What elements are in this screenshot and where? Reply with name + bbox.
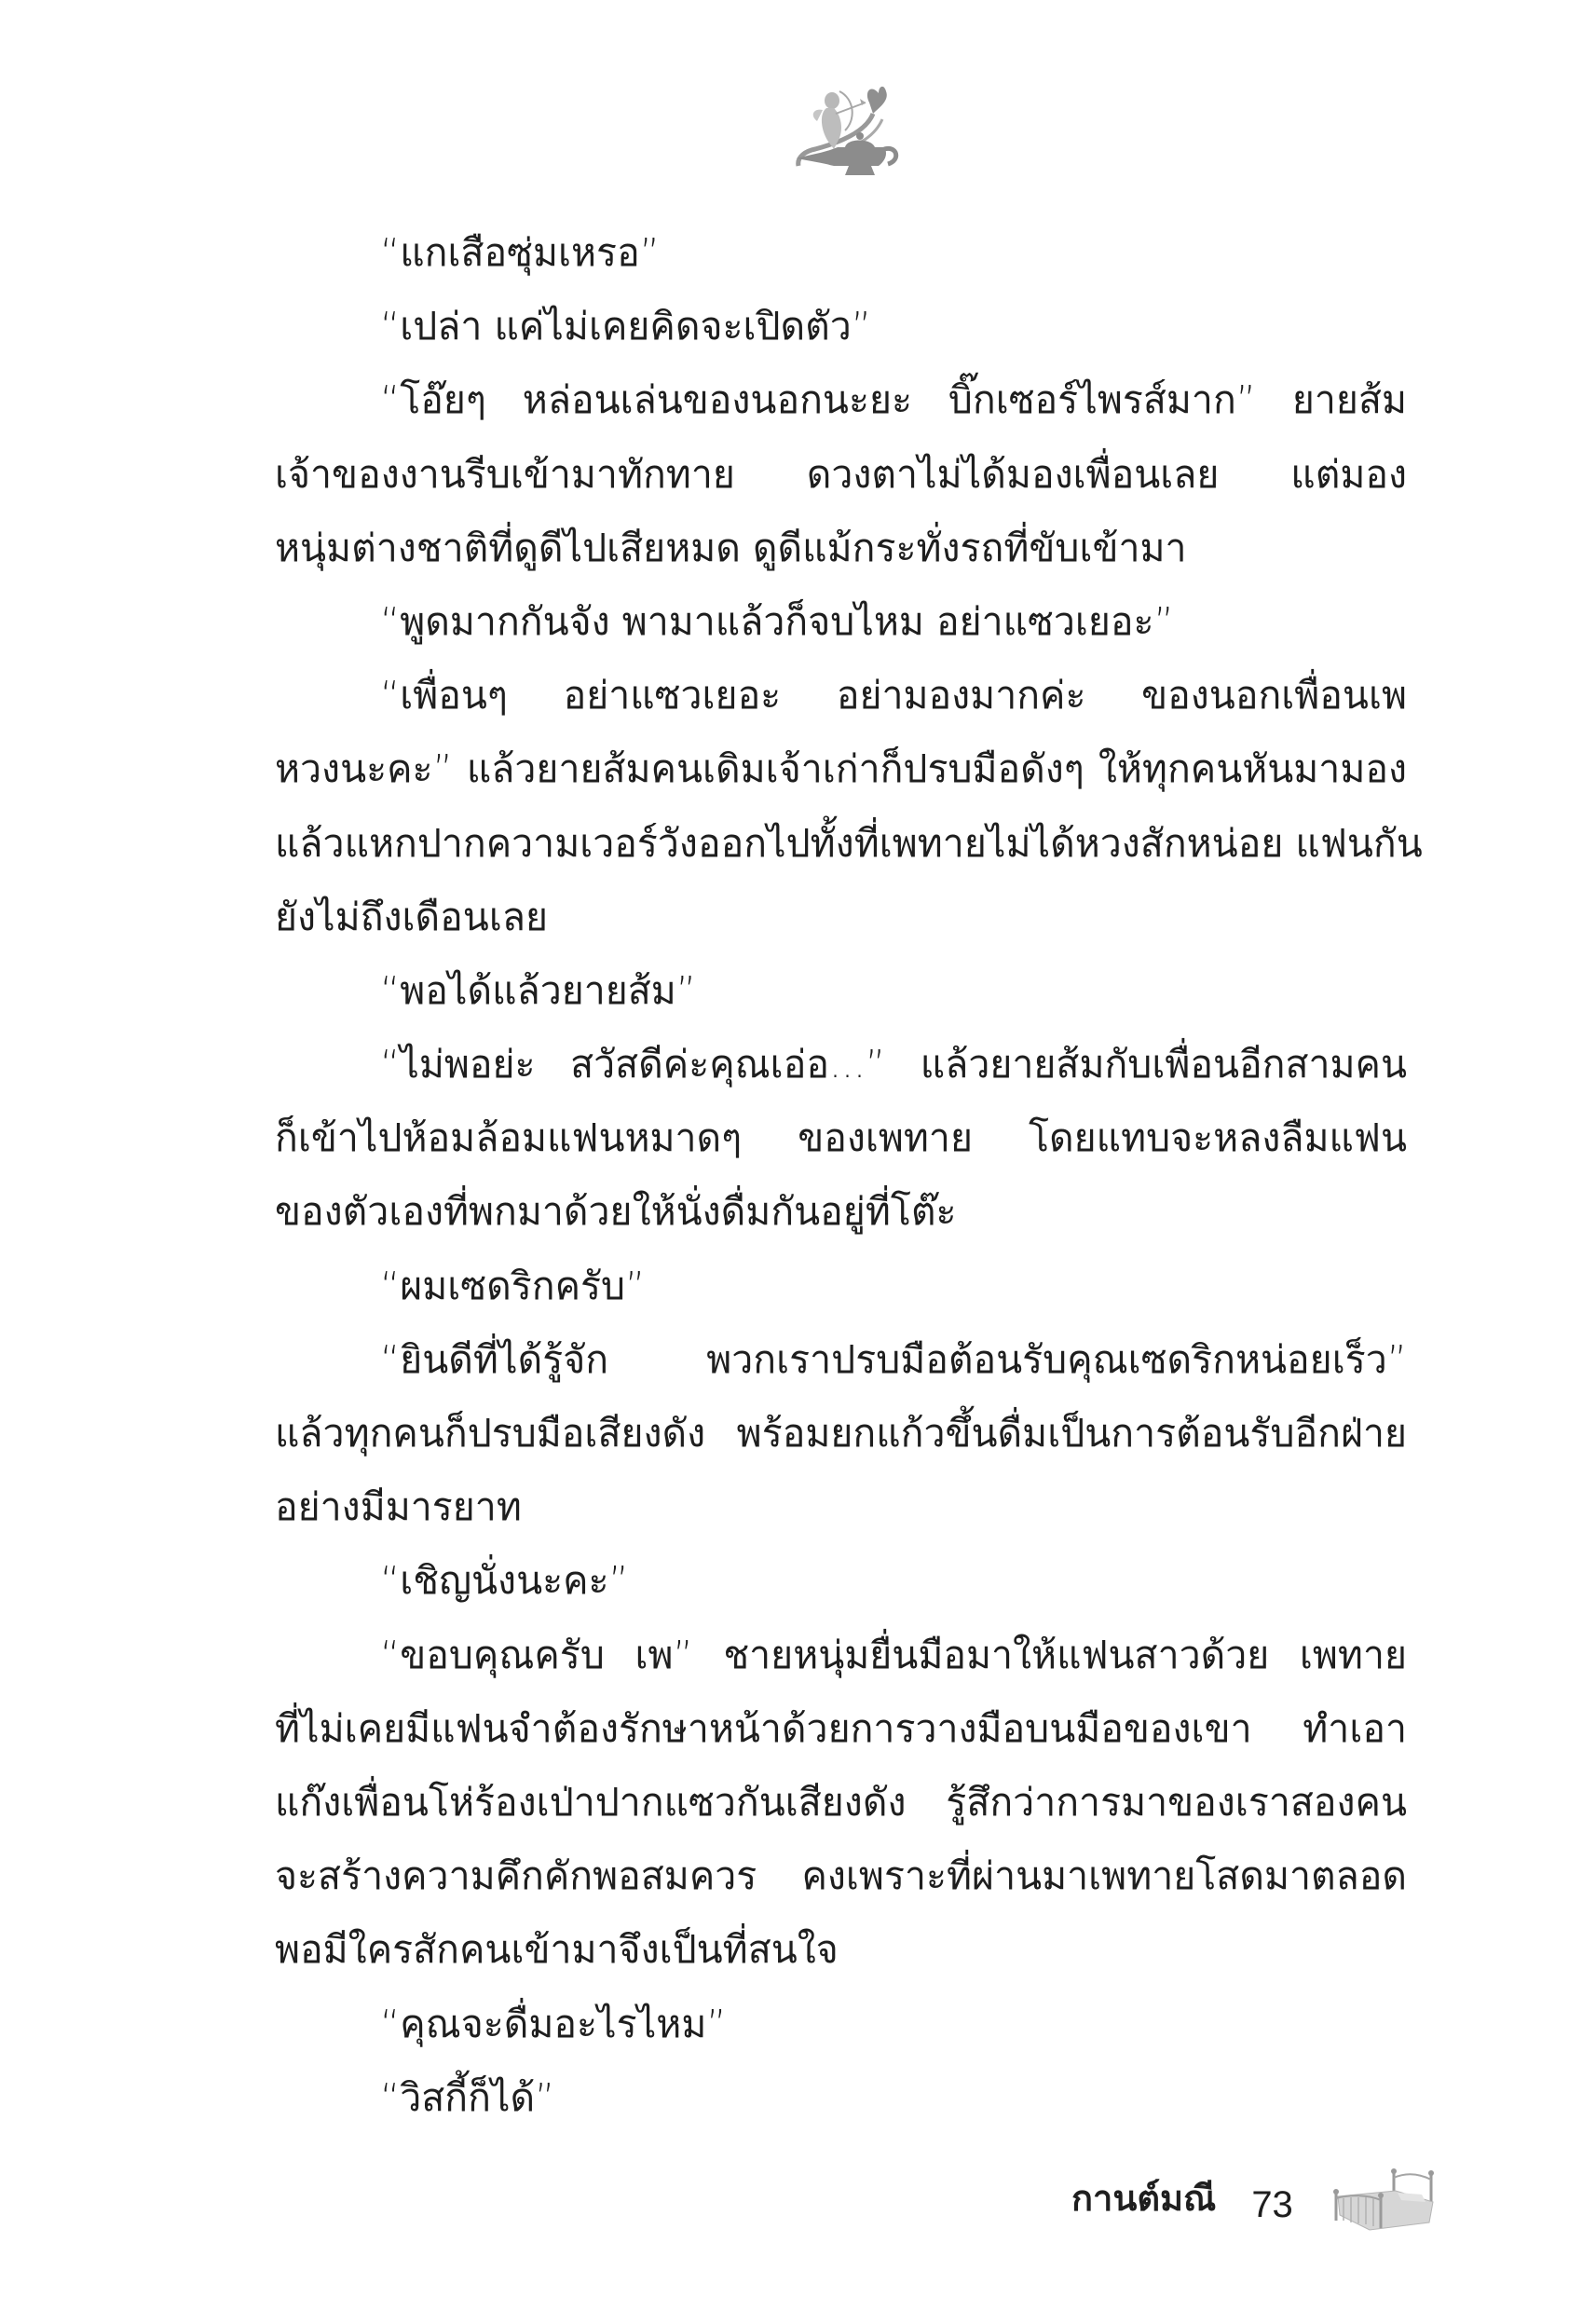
text-line: พอมีใครสักคนเข้ามาจึงเป็นที่สนใจ [275,1913,1407,1987]
bed-icon [1332,2167,1437,2232]
text-line: หนุ่มต่างชาติที่ดูดีไปเสียหมด ดูดีแม้กระ… [275,512,1407,585]
text-line: “ยินดีที่ได้รู้จัก พวกเราปรบมือต้อนรับคุ… [275,1323,1407,1397]
text-line: ที่ไม่เคยมีแฟนจำต้องรักษาหน้าด้วยการวางม… [275,1692,1407,1766]
text-line: “พูดมากกันจัง พามาแล้วก็จบไหม อย่าแซวเยอ… [275,585,1407,659]
text-line: “ไม่พอย่ะ สวัสดีค่ะคุณเอ่อ...” แล้วยายส้… [275,1028,1407,1101]
text-line: “คุณจะดื่มอะไรไหม” [275,1988,1407,2061]
text-line: ยังไม่ถึงเดือนเลย [275,881,1407,954]
text-line: “โอ๊ยๆ หล่อนเล่นของนอกนะยะ บิ๊กเซอร์ไพรส… [275,363,1407,437]
author-name: กานต์มณี [1071,2169,1216,2226]
text-line: เจ้าของงานรีบเข้ามาทักทาย ดวงตาไม่ได้มอง… [275,438,1407,512]
text-line: “ผมเซดริกครับ” [275,1250,1407,1323]
text-line: “แกเสือซุ่มเหรอ” [275,216,1407,290]
text-line: “เปล่า แค่ไม่เคยคิดจะเปิดตัว” [275,290,1407,363]
text-line: ก็เข้าไปห้อมล้อมแฟนหมาดๆ ของเพทาย โดยแทบ… [275,1101,1407,1175]
text-line: “ขอบคุณครับ เพ” ชายหนุ่มยื่นมือมาให้แฟนส… [275,1619,1407,1692]
page-footer: กานต์มณี 73 [1071,2167,1437,2226]
text-line: อย่างมีมารยาท [275,1470,1407,1544]
genie-lamp-cupid-icon [778,56,918,177]
text-line: แก๊งเพื่อนโห่ร้องเป่าปากแซวกันเสียงดัง ร… [275,1766,1407,1839]
text-line: “เพื่อนๆ อย่าแซวเยอะ อย่ามองมากค่ะ ของนอ… [275,659,1407,732]
text-line: ของตัวเองที่พกมาด้วยให้นั่งดื่มกันอยู่ที… [275,1175,1407,1249]
page-number: 73 [1251,2184,1293,2226]
text-line: “เชิญนั่งนะคะ” [275,1544,1407,1618]
text-line: แล้วทุกคนก็ปรบมือเสียงดัง พร้อมยกแก้วขึ้… [275,1397,1407,1470]
text-line: “วิสกี้ก็ได้” [275,2061,1407,2135]
text-line: จะสร้างความคึกคักพอสมควร คงเพราะที่ผ่านม… [275,1839,1407,1913]
text-line: แล้วแหกปากความเวอร์วังออกไปทั้งที่เพทายไ… [275,807,1407,881]
text-line: “พอได้แล้วยายส้ม” [275,954,1407,1028]
text-line: หวงนะคะ” แล้วยายส้มคนเดิมเจ้าเก่าก็ปรบมื… [275,732,1407,806]
page-body: “แกเสือซุ่มเหรอ” “เปล่า แค่ไม่เคยคิดจะเป… [275,216,1407,2135]
